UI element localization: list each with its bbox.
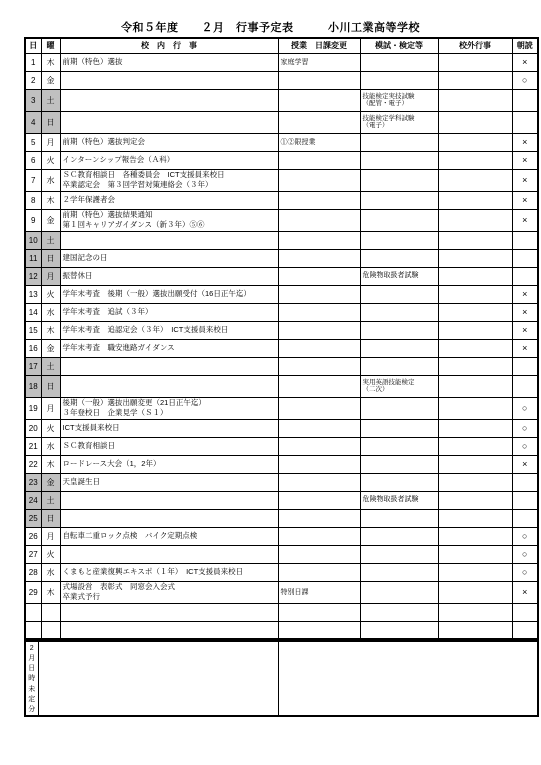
weekday-cell: 土 <box>41 231 60 249</box>
morning-reading-mark: × <box>512 209 538 231</box>
schedule-table: 日 曜 校 内 行 事 授業 日課変更 模試・検定等 校外行事 朝読 1木前期（… <box>24 37 539 640</box>
text-line: 学年末考査 追認定会（３年） ICT支援員来校日 <box>63 325 276 335</box>
day-cell: 13 <box>25 285 41 303</box>
morning-reading-mark: ○ <box>512 419 538 437</box>
weekday-cell: 月 <box>41 527 60 545</box>
class-change-cell <box>278 339 360 357</box>
day-cell: 27 <box>25 545 41 563</box>
text-line: （配管・電子） <box>363 100 436 107</box>
exams-cell <box>360 151 438 169</box>
class-change-cell <box>278 303 360 321</box>
exams-cell: 技能検定実技試験（配管・電子） <box>360 89 438 111</box>
weekday-cell: 火 <box>41 545 60 563</box>
table-row <box>25 621 538 639</box>
school-events-cell <box>60 603 278 621</box>
day-cell: 24 <box>25 491 41 509</box>
morning-reading-mark: × <box>512 455 538 473</box>
exams-cell: 技能検定学科試験（電子） <box>360 111 438 133</box>
weekday-cell: 月 <box>41 133 60 151</box>
header-outside-events: 校外行事 <box>438 38 512 53</box>
outside-event-cell <box>438 455 512 473</box>
text-line: 技能検定学科試験 <box>363 115 436 122</box>
school-events-cell: 天皇誕生日 <box>60 473 278 491</box>
morning-reading-mark <box>512 621 538 639</box>
morning-reading-mark <box>512 491 538 509</box>
school-events-cell: 前期（特色）選抜判定会 <box>60 133 278 151</box>
weekday-cell: 金 <box>41 473 60 491</box>
school-events-cell: 学年末考査 後期（一般）選抜出願受付（16日正午迄） <box>60 285 278 303</box>
day-cell: 1 <box>25 53 41 71</box>
morning-reading-mark: × <box>512 339 538 357</box>
weekday-cell: 日 <box>41 111 60 133</box>
school-events-cell <box>60 621 278 639</box>
morning-reading-mark: × <box>512 285 538 303</box>
weekday-cell: 金 <box>41 339 60 357</box>
exams-cell <box>360 455 438 473</box>
outside-event-cell <box>438 169 512 191</box>
pending-label-char: 時 <box>26 674 38 684</box>
outside-event-cell <box>438 209 512 231</box>
morning-reading-mark <box>512 603 538 621</box>
exams-cell <box>360 169 438 191</box>
weekday-cell: 土 <box>41 357 60 375</box>
exams-cell <box>360 71 438 89</box>
header-morning-reading: 朝読 <box>512 38 538 53</box>
exams-cell <box>360 419 438 437</box>
morning-reading-mark <box>512 375 538 397</box>
text-line: ３年登校日 企業見学（Ｓ１） <box>63 408 276 418</box>
class-change-cell: ①②限授業 <box>278 133 360 151</box>
table-row: 27火○ <box>25 545 538 563</box>
outside-event-cell <box>438 621 512 639</box>
text-line: ＳＣ教育相談日 各種委員会 ICT支援員来校日 <box>63 170 276 180</box>
exams-cell <box>360 603 438 621</box>
outside-event-cell <box>438 603 512 621</box>
weekday-cell: 金 <box>41 209 60 231</box>
table-row: 19月後期（一般）選抜出願変更（21日正午迄）３年登校日 企業見学（Ｓ１）○ <box>25 397 538 419</box>
outside-event-cell <box>438 545 512 563</box>
text-line: 危険物取扱者試験 <box>363 496 436 504</box>
text-line: 式場設営 表彰式 同窓会入会式 <box>63 582 276 592</box>
class-change-cell <box>278 357 360 375</box>
text-line: 学年末考査 追試（３年） <box>63 307 276 317</box>
outside-event-cell <box>438 231 512 249</box>
text-line: 前期（特色）選抜結果通知 <box>63 210 276 220</box>
outside-event-cell <box>438 191 512 209</box>
weekday-cell: 月 <box>41 267 60 285</box>
text-line: ＳＣ教育相談日 <box>63 441 276 451</box>
school-events-cell: 後期（一般）選抜出願変更（21日正午迄）３年登校日 企業見学（Ｓ１） <box>60 397 278 419</box>
text-line: 学年末考査 職安進路ガイダンス <box>63 343 276 353</box>
school-events-cell: 自転車二重ロック点検 バイク定期点検 <box>60 527 278 545</box>
outside-event-cell <box>438 89 512 111</box>
morning-reading-mark: × <box>512 303 538 321</box>
morning-reading-mark: × <box>512 151 538 169</box>
schedule-rows: 1木前期（特色）選抜家庭学習×2金○3土技能検定実技試験（配管・電子）4日技能検… <box>25 53 538 639</box>
outside-event-cell <box>438 321 512 339</box>
pending-row: 2月日時未定分 <box>25 641 538 716</box>
class-change-cell <box>278 151 360 169</box>
weekday-cell <box>41 621 60 639</box>
page-title: 令和５年度 ２月 行事予定表 小川工業高等学校 <box>0 19 541 35</box>
weekday-cell: 木 <box>41 581 60 603</box>
school-events-cell: 式場設営 表彰式 同窓会入会式卒業式予行 <box>60 581 278 603</box>
exams-cell: 危険物取扱者試験 <box>360 491 438 509</box>
text-line: 卒業認定会 第３回学習対策連絡会（３年） <box>63 180 276 190</box>
class-change-cell <box>278 527 360 545</box>
morning-reading-mark <box>512 473 538 491</box>
day-cell: 25 <box>25 509 41 527</box>
morning-reading-mark <box>512 249 538 267</box>
table-row: 8木２学年保護者会× <box>25 191 538 209</box>
class-change-cell <box>278 419 360 437</box>
class-change-cell <box>278 267 360 285</box>
class-change-cell <box>278 473 360 491</box>
school-events-cell: 建国記念の日 <box>60 249 278 267</box>
table-row: 10土 <box>25 231 538 249</box>
table-row: 4日技能検定学科試験（電子） <box>25 111 538 133</box>
weekday-cell: 火 <box>41 419 60 437</box>
school-events-cell <box>60 545 278 563</box>
weekday-cell: 土 <box>41 89 60 111</box>
table-row: 24土危険物取扱者試験 <box>25 491 538 509</box>
table-row: 11日建国記念の日 <box>25 249 538 267</box>
exams-cell <box>360 437 438 455</box>
table-row: 17土 <box>25 357 538 375</box>
class-change-cell <box>278 231 360 249</box>
day-cell: 26 <box>25 527 41 545</box>
weekday-cell: 木 <box>41 455 60 473</box>
exams-cell <box>360 339 438 357</box>
school-events-cell: 前期（特色）選抜 <box>60 53 278 71</box>
pending-events-cell <box>38 641 278 716</box>
morning-reading-mark: ○ <box>512 437 538 455</box>
exams-cell: 危険物取扱者試験 <box>360 267 438 285</box>
table-row: 25日 <box>25 509 538 527</box>
text-line: 危険物取扱者試験 <box>363 272 436 280</box>
day-cell: 28 <box>25 563 41 581</box>
class-change-cell <box>278 285 360 303</box>
exams-cell <box>360 303 438 321</box>
pending-label-char: 2 <box>26 644 38 654</box>
morning-reading-mark: ○ <box>512 545 538 563</box>
pending-label-char: 分 <box>26 705 38 715</box>
school-events-cell: 学年末考査 職安進路ガイダンス <box>60 339 278 357</box>
text-line: 振替休日 <box>63 271 276 281</box>
exams-cell <box>360 563 438 581</box>
class-change-cell <box>278 563 360 581</box>
exams-cell <box>360 509 438 527</box>
table-row: 20火ICT支援員来校日○ <box>25 419 538 437</box>
day-cell: 2 <box>25 71 41 89</box>
school-events-cell: 学年末考査 追試（３年） <box>60 303 278 321</box>
exams-cell <box>360 231 438 249</box>
exams-cell <box>360 191 438 209</box>
weekday-cell: 日 <box>41 509 60 527</box>
exams-cell <box>360 321 438 339</box>
text-line: 前期（特色）選抜 <box>63 57 276 67</box>
table-row: 22木ロードレース大会（1，2年）× <box>25 455 538 473</box>
pending-label-char: 未 <box>26 685 38 695</box>
morning-reading-mark: × <box>512 191 538 209</box>
day-cell: 10 <box>25 231 41 249</box>
weekday-cell: 木 <box>41 321 60 339</box>
outside-event-cell <box>438 491 512 509</box>
day-cell <box>25 603 41 621</box>
day-cell: 5 <box>25 133 41 151</box>
school-events-cell: ロードレース大会（1，2年） <box>60 455 278 473</box>
table-row: 23金天皇誕生日 <box>25 473 538 491</box>
text-line: くまもと産業復興エキスポ（１年） ICT支援員来校日 <box>63 567 276 577</box>
text-line: 前期（特色）選抜判定会 <box>63 137 276 147</box>
text-line: 天皇誕生日 <box>63 477 276 487</box>
weekday-cell: 木 <box>41 191 60 209</box>
class-change-cell <box>278 491 360 509</box>
day-cell: 15 <box>25 321 41 339</box>
outside-event-cell <box>438 249 512 267</box>
morning-reading-mark: ○ <box>512 527 538 545</box>
table-row: 9金前期（特色）選抜結果通知第１回キャリアガイダンス（新３年）⑤⑥× <box>25 209 538 231</box>
table-row: 12月振替休日危険物取扱者試験 <box>25 267 538 285</box>
table-row: 16金学年末考査 職安進路ガイダンス× <box>25 339 538 357</box>
exams-cell: 実用英語技能検定（二次） <box>360 375 438 397</box>
weekday-cell: 土 <box>41 491 60 509</box>
exams-cell <box>360 53 438 71</box>
exams-cell <box>360 581 438 603</box>
weekday-cell: 日 <box>41 249 60 267</box>
school-events-cell <box>60 111 278 133</box>
school-events-cell: ２学年保護者会 <box>60 191 278 209</box>
outside-event-cell <box>438 563 512 581</box>
schedule-sheet: 令和５年度 ２月 行事予定表 小川工業高等学校 日 曜 校 内 行 事 授業 日… <box>0 0 541 765</box>
text-line: 学年末考査 後期（一般）選抜出願受付（16日正午迄） <box>63 289 276 299</box>
school-events-cell: ICT支援員来校日 <box>60 419 278 437</box>
weekday-cell: 火 <box>41 151 60 169</box>
day-cell: 21 <box>25 437 41 455</box>
class-change-cell <box>278 437 360 455</box>
day-cell <box>25 621 41 639</box>
outside-event-cell <box>438 527 512 545</box>
exams-cell <box>360 357 438 375</box>
outside-event-cell <box>438 53 512 71</box>
text-line: 建国記念の日 <box>63 253 276 263</box>
morning-reading-mark: × <box>512 133 538 151</box>
outside-event-cell <box>438 473 512 491</box>
header-weekday: 曜 <box>41 38 60 53</box>
school-events-cell <box>60 357 278 375</box>
school-events-cell: インターンシップ報告会（Ａ科） <box>60 151 278 169</box>
day-cell: 18 <box>25 375 41 397</box>
table-row: 1木前期（特色）選抜家庭学習× <box>25 53 538 71</box>
class-change-cell <box>278 621 360 639</box>
table-row: 2金○ <box>25 71 538 89</box>
exams-cell <box>360 397 438 419</box>
day-cell: 4 <box>25 111 41 133</box>
morning-reading-mark <box>512 267 538 285</box>
morning-reading-mark: × <box>512 53 538 71</box>
weekday-cell <box>41 603 60 621</box>
weekday-cell: 水 <box>41 437 60 455</box>
day-cell: 6 <box>25 151 41 169</box>
text-line: 自転車二重ロック点検 バイク定期点検 <box>63 531 276 541</box>
morning-reading-mark <box>512 89 538 111</box>
table-row: 3土技能検定実技試験（配管・電子） <box>25 89 538 111</box>
outside-event-cell <box>438 267 512 285</box>
table-row: 5月前期（特色）選抜判定会①②限授業× <box>25 133 538 151</box>
text-line: インターンシップ報告会（Ａ科） <box>63 155 276 165</box>
school-events-cell: 学年末考査 追認定会（３年） ICT支援員来校日 <box>60 321 278 339</box>
text-line: （二次） <box>363 386 436 393</box>
day-cell: 14 <box>25 303 41 321</box>
weekday-cell: 水 <box>41 303 60 321</box>
morning-reading-mark: ○ <box>512 397 538 419</box>
header-class-change: 授業 日課変更 <box>278 38 360 53</box>
day-cell: 9 <box>25 209 41 231</box>
morning-reading-mark: × <box>512 581 538 603</box>
weekday-cell: 水 <box>41 169 60 191</box>
outside-event-cell <box>438 581 512 603</box>
school-events-cell <box>60 89 278 111</box>
day-cell: 29 <box>25 581 41 603</box>
text-line: ２学年保護者会 <box>63 195 276 205</box>
school-events-cell <box>60 491 278 509</box>
school-events-cell <box>60 71 278 89</box>
text-line: ICT支援員来校日 <box>63 423 276 433</box>
table-row: 6火インターンシップ報告会（Ａ科）× <box>25 151 538 169</box>
morning-reading-mark: ○ <box>512 71 538 89</box>
table-row: 15木学年末考査 追認定会（３年） ICT支援員来校日× <box>25 321 538 339</box>
class-change-cell <box>278 603 360 621</box>
school-events-cell: 振替休日 <box>60 267 278 285</box>
school-events-cell <box>60 509 278 527</box>
table-row: 29木式場設営 表彰式 同窓会入会式卒業式予行特別日課× <box>25 581 538 603</box>
exams-cell <box>360 285 438 303</box>
outside-event-cell <box>438 303 512 321</box>
class-change-cell <box>278 509 360 527</box>
day-cell: 12 <box>25 267 41 285</box>
outside-event-cell <box>438 151 512 169</box>
day-cell: 7 <box>25 169 41 191</box>
outside-event-cell <box>438 357 512 375</box>
pending-label-char: 日 <box>26 664 38 674</box>
pending-label-char: 月 <box>26 654 38 664</box>
exams-cell <box>360 545 438 563</box>
class-change-cell <box>278 545 360 563</box>
text-line: 卒業式予行 <box>63 592 276 602</box>
pending-right-cell <box>278 641 538 716</box>
weekday-cell: 水 <box>41 563 60 581</box>
class-change-cell <box>278 455 360 473</box>
morning-reading-mark: × <box>512 169 538 191</box>
school-events-cell: ＳＣ教育相談日 <box>60 437 278 455</box>
weekday-cell: 火 <box>41 285 60 303</box>
class-change-cell <box>278 209 360 231</box>
morning-reading-mark <box>512 357 538 375</box>
morning-reading-mark: × <box>512 321 538 339</box>
day-cell: 20 <box>25 419 41 437</box>
day-cell: 11 <box>25 249 41 267</box>
header-day: 日 <box>25 38 41 53</box>
pending-label: 2月日時未定分 <box>25 641 38 716</box>
table-row: 14水学年末考査 追試（３年）× <box>25 303 538 321</box>
text-line: ロードレース大会（1，2年） <box>63 459 276 469</box>
table-row: 18日実用英語技能検定（二次） <box>25 375 538 397</box>
day-cell: 19 <box>25 397 41 419</box>
day-cell: 3 <box>25 89 41 111</box>
morning-reading-mark <box>512 231 538 249</box>
weekday-cell: 月 <box>41 397 60 419</box>
exams-cell <box>360 209 438 231</box>
class-change-cell <box>278 375 360 397</box>
school-events-cell: くまもと産業復興エキスポ（１年） ICT支援員来校日 <box>60 563 278 581</box>
pending-items-table: 2月日時未定分 <box>24 640 539 717</box>
table-row: 21水ＳＣ教育相談日○ <box>25 437 538 455</box>
header-school-events: 校 内 行 事 <box>60 38 278 53</box>
outside-event-cell <box>438 437 512 455</box>
school-events-cell <box>60 375 278 397</box>
outside-event-cell <box>438 397 512 419</box>
table-row <box>25 603 538 621</box>
text-line: （電子） <box>363 122 436 129</box>
text-line: 第１回キャリアガイダンス（新３年）⑤⑥ <box>63 220 276 230</box>
weekday-cell: 金 <box>41 71 60 89</box>
day-cell: 23 <box>25 473 41 491</box>
text-line: 実用英語技能検定 <box>363 379 436 386</box>
outside-event-cell <box>438 133 512 151</box>
header-exams: 模試・検定等 <box>360 38 438 53</box>
school-events-cell: ＳＣ教育相談日 各種委員会 ICT支援員来校日卒業認定会 第３回学習対策連絡会（… <box>60 169 278 191</box>
outside-event-cell <box>438 509 512 527</box>
exams-cell <box>360 527 438 545</box>
header-row: 日 曜 校 内 行 事 授業 日課変更 模試・検定等 校外行事 朝読 <box>25 38 538 53</box>
day-cell: 16 <box>25 339 41 357</box>
day-cell: 22 <box>25 455 41 473</box>
weekday-cell: 日 <box>41 375 60 397</box>
outside-event-cell <box>438 419 512 437</box>
table-row: 26月自転車二重ロック点検 バイク定期点検○ <box>25 527 538 545</box>
day-cell: 8 <box>25 191 41 209</box>
text-line: 技能検定実技試験 <box>363 93 436 100</box>
class-change-cell <box>278 397 360 419</box>
class-change-cell <box>278 169 360 191</box>
outside-event-cell <box>438 375 512 397</box>
table-row: 13火学年末考査 後期（一般）選抜出願受付（16日正午迄）× <box>25 285 538 303</box>
exams-cell <box>360 473 438 491</box>
class-change-cell <box>278 111 360 133</box>
weekday-cell: 木 <box>41 53 60 71</box>
class-change-cell <box>278 89 360 111</box>
class-change-cell: 特別日課 <box>278 581 360 603</box>
class-change-cell <box>278 321 360 339</box>
class-change-cell <box>278 249 360 267</box>
exams-cell <box>360 249 438 267</box>
outside-event-cell <box>438 111 512 133</box>
morning-reading-mark <box>512 509 538 527</box>
table-row: 7水ＳＣ教育相談日 各種委員会 ICT支援員来校日卒業認定会 第３回学習対策連絡… <box>25 169 538 191</box>
class-change-cell: 家庭学習 <box>278 53 360 71</box>
outside-event-cell <box>438 71 512 89</box>
table-row: 28水くまもと産業復興エキスポ（１年） ICT支援員来校日○ <box>25 563 538 581</box>
text-line: 後期（一般）選抜出願変更（21日正午迄） <box>63 398 276 408</box>
day-cell: 17 <box>25 357 41 375</box>
school-events-cell: 前期（特色）選抜結果通知第１回キャリアガイダンス（新３年）⑤⑥ <box>60 209 278 231</box>
outside-event-cell <box>438 285 512 303</box>
class-change-cell <box>278 71 360 89</box>
morning-reading-mark <box>512 111 538 133</box>
school-events-cell <box>60 231 278 249</box>
exams-cell <box>360 133 438 151</box>
class-change-cell <box>278 191 360 209</box>
